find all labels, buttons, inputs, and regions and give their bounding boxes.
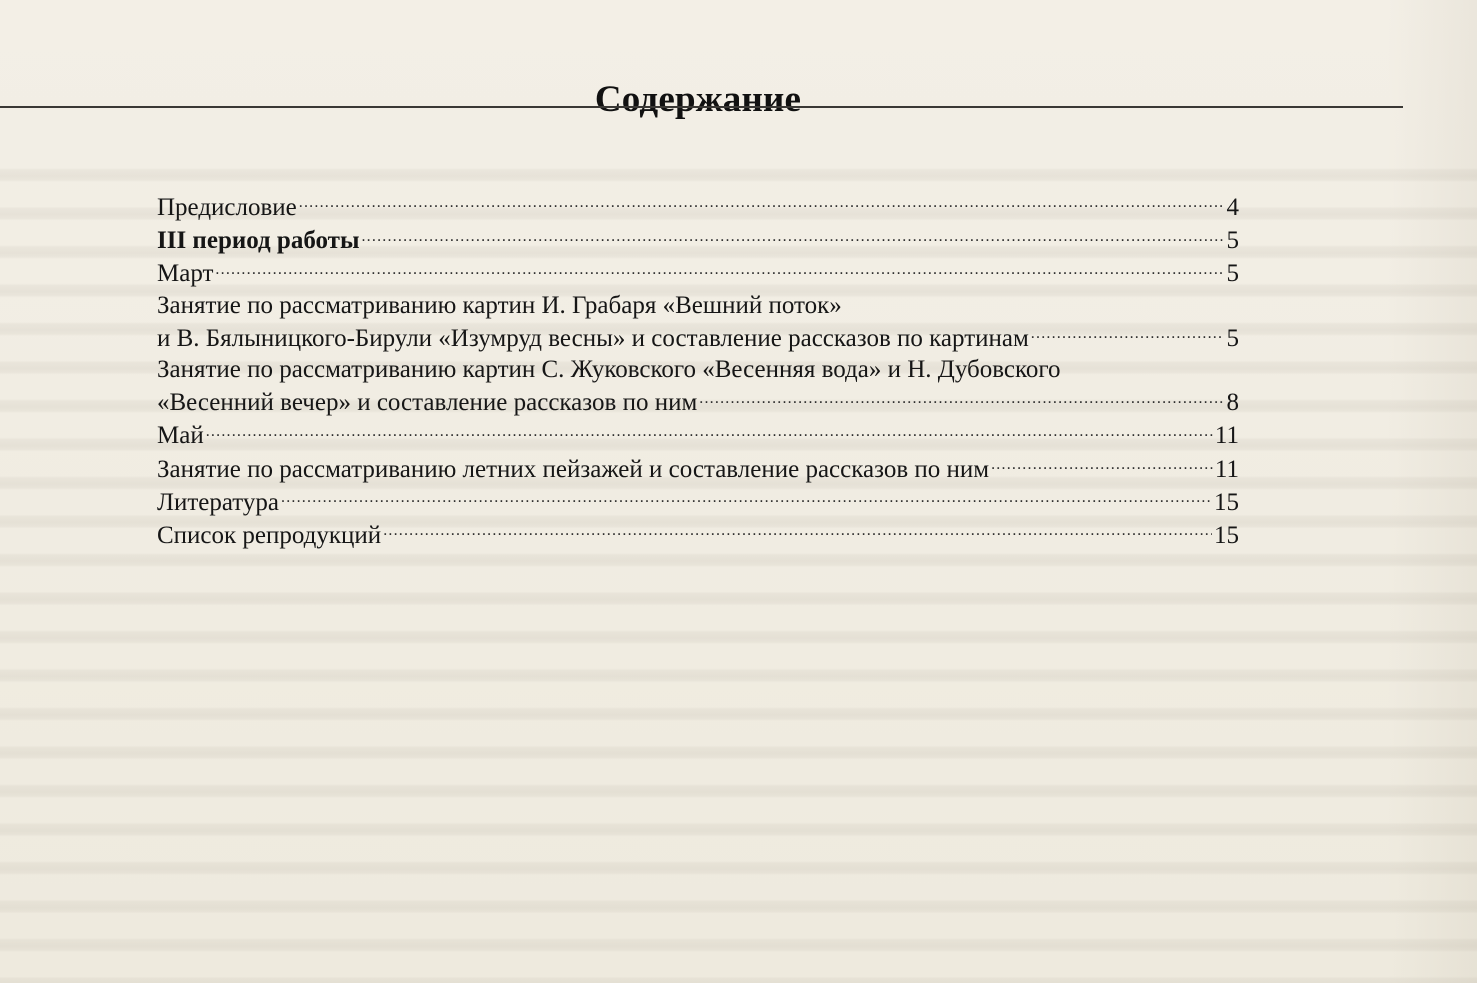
toc-entry-zhukovsky-lesson[interactable]: Занятие по рассматриванию картин С. Жуко… [157, 354, 1239, 418]
toc-page-number: 15 [1214, 520, 1239, 551]
dot-leader [299, 190, 1223, 215]
toc-entry-reproductions-list[interactable]: Список репродукций 15 [157, 518, 1239, 551]
page-edge-shadow [1387, 0, 1477, 983]
dot-leader [206, 418, 1213, 443]
toc-entry-label: «Весенний вечер» и составление рассказов… [157, 387, 697, 418]
toc-page-number: 4 [1225, 192, 1239, 223]
toc-page-number: 5 [1225, 258, 1239, 289]
toc-page-number: 11 [1215, 420, 1239, 451]
toc-entry-label-line: Занятие по рассматриванию картин И. Граб… [157, 290, 1239, 321]
dot-leader [215, 256, 1223, 281]
toc-entry-label: и В. Бялыницкого-Бирули «Изумруд весны» … [157, 323, 1029, 354]
dot-leader [699, 385, 1223, 410]
toc-page-number: 5 [1225, 225, 1239, 256]
toc-entry-label: Май [157, 420, 204, 451]
toc-entry-literature[interactable]: Литература 15 [157, 485, 1239, 518]
toc-entry-label: Занятие по рассматриванию летних пейзаже… [157, 454, 989, 485]
toc-page-number: 8 [1225, 387, 1239, 418]
dot-leader [383, 518, 1212, 543]
toc-entry-label: Март [157, 258, 213, 289]
toc-entry-label: Предисловие [157, 192, 297, 223]
toc-entry-march[interactable]: Март 5 [157, 256, 1239, 289]
toc-entry-label: Литература [157, 487, 279, 518]
toc-entry-may[interactable]: Май 11 [157, 418, 1239, 451]
toc-entry-period-3[interactable]: III период работы 5 [157, 223, 1239, 256]
toc-entry-label: III период работы [157, 225, 359, 256]
toc-page-number: 5 [1225, 323, 1239, 354]
toc-page-number: 11 [1215, 454, 1239, 485]
toc-entry-label: Список репродукций [157, 520, 381, 551]
toc-entry-preface[interactable]: Предисловие 4 [157, 190, 1239, 223]
toc-entry-label-line: Занятие по рассматриванию картин С. Жуко… [157, 354, 1239, 385]
toc-entry-grabar-lesson[interactable]: Занятие по рассматриванию картин И. Граб… [157, 290, 1239, 354]
table-of-contents: Предисловие 4 III период работы 5 Март 5… [157, 190, 1239, 551]
dot-leader [1031, 321, 1223, 346]
title-divider [0, 106, 1403, 108]
page-title: Содержание [0, 75, 1396, 125]
dot-leader [281, 485, 1212, 510]
toc-entry-summer-landscapes-lesson[interactable]: Занятие по рассматриванию летних пейзаже… [157, 452, 1239, 485]
toc-page-number: 15 [1214, 487, 1239, 518]
dot-leader [361, 223, 1223, 248]
dot-leader [991, 452, 1213, 477]
